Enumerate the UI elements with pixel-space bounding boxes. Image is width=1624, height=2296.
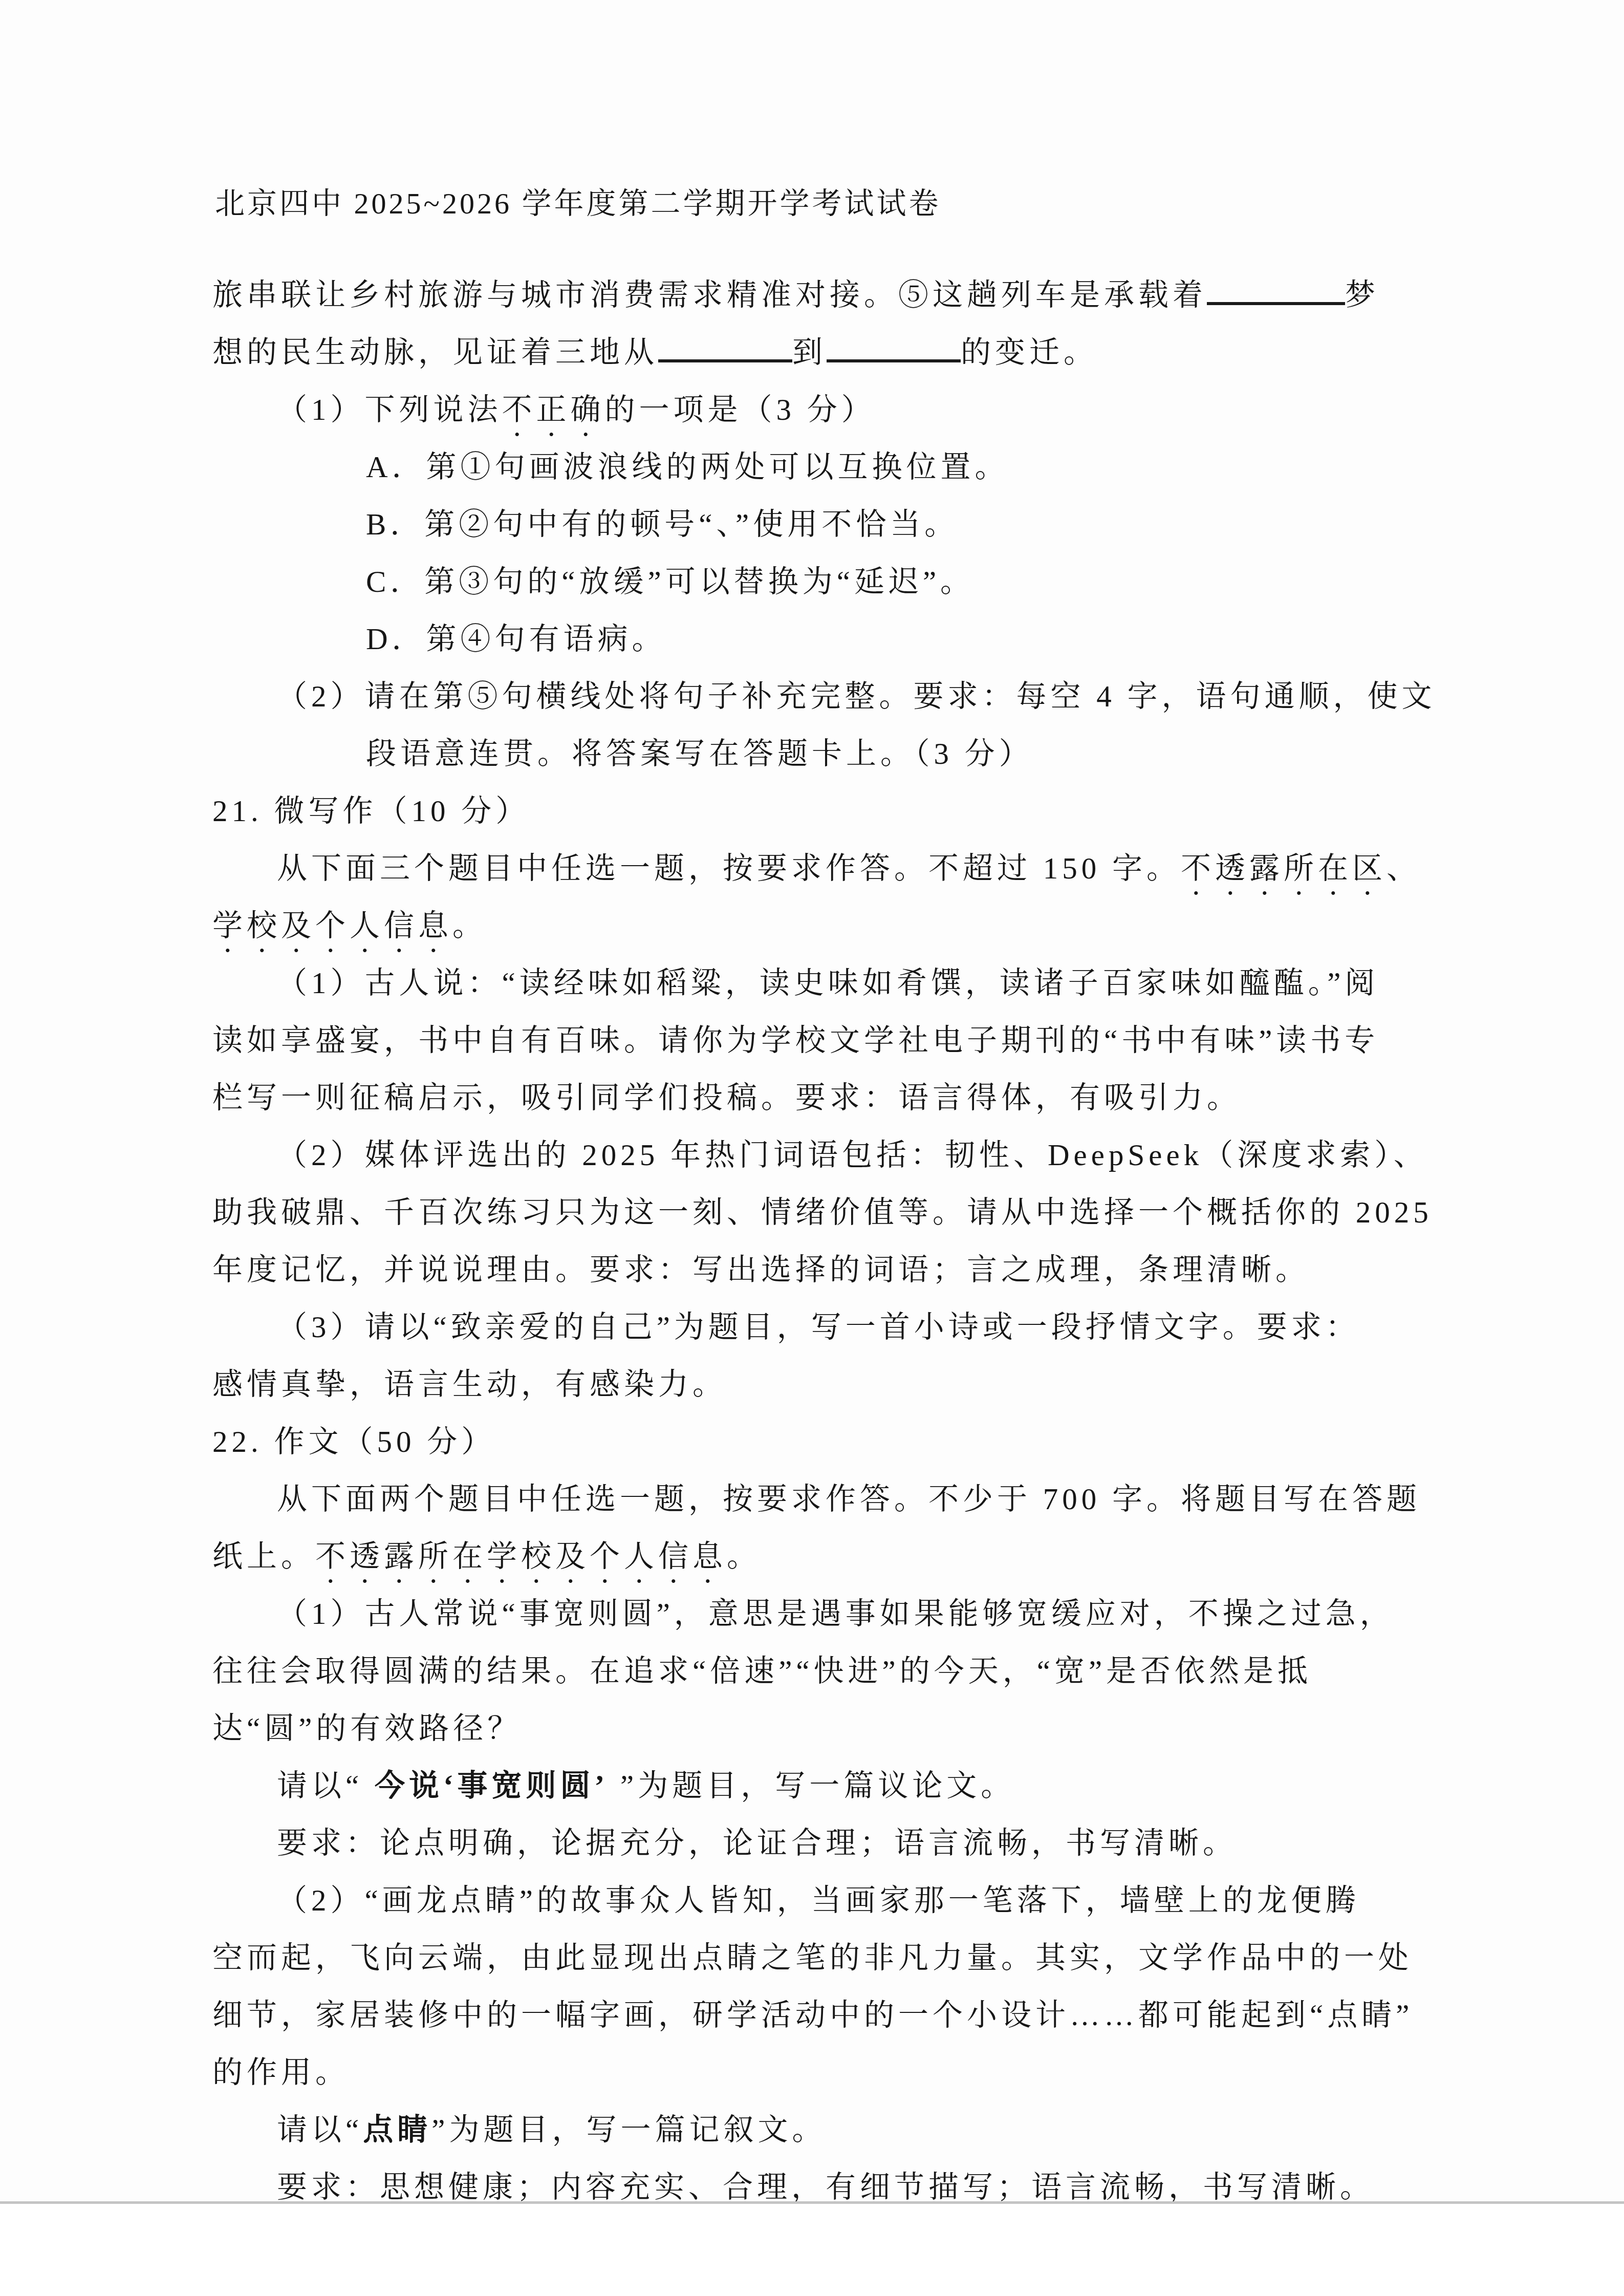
text-run: 细节，家居装修中的一幅字画，研学活动中的一个小设计……都可能起到“点睛” — [212, 1998, 1413, 2032]
text-run: 21. 微写作（10 分） — [212, 794, 530, 828]
text-run: 请以“ — [277, 2113, 363, 2147]
text-run: 请以“ — [277, 1769, 375, 1803]
text-run: ”为题目，写一篇记叙文。 — [431, 2113, 826, 2147]
text-line: （2）请在第⑤句横线处将句子补充完整。要求：每空 4 字，语句通顺，使文 — [212, 668, 1523, 725]
text-run: B．第②句中有的顿号“、”使用不恰当。 — [366, 507, 959, 541]
text-line: A．第①句画波浪线的两处可以互换位置。 — [212, 438, 1523, 496]
fill-in-blank — [1207, 281, 1345, 305]
text-line: B．第②句中有的顿号“、”使用不恰当。 — [212, 496, 1523, 553]
text-line: 达“圆”的有效路径？ — [212, 1700, 1523, 1757]
text-line: 请以“点睛”为题目，写一篇记叙文。 — [212, 2101, 1523, 2158]
text-run: 的一项是（3 分） — [605, 393, 876, 426]
text-line: 往往会取得圆满的结果。在追求“倍速”“快进”的今天，“宽”是否依然是抵 — [212, 1642, 1523, 1700]
text-line: 助我破鼎、千百次练习只为这一刻、情绪价值等。请从中选择一个概括你的 2025 — [212, 1184, 1523, 1241]
text-run: （1）古人常说“事宽则圆”，意思是遇事如果能够宽缓应对，不操之过急， — [277, 1597, 1394, 1630]
text-run: 旅串联让乡村旅游与城市消费需求精准对接。⑤这趟列车是承载着 — [212, 278, 1207, 312]
text-line: 请以“ 今说‘事宽则圆’ ”为题目，写一篇议论文。 — [212, 1757, 1523, 1814]
text-line: 年度记忆，并说说理由。要求：写出选择的词语；言之成理，条理清晰。 — [212, 1241, 1523, 1298]
text-run: 想的民生动脉，见证着三地从 — [212, 335, 658, 369]
text-line: 空而起，飞向云端，由此显现出点睛之笔的非凡力量。其实，文学作品中的一处 — [212, 1929, 1523, 1986]
text-line: 要求：论点明确，论据充分，论证合理；语言流畅，书写清晰。 — [212, 1814, 1523, 1872]
text-line: 旅串联让乡村旅游与城市消费需求精准对接。⑤这趟列车是承载着梦 — [212, 266, 1523, 324]
text-line: 读如享盛宴，书中自有百味。请你为学校文学社电子期刊的“书中有味”读书专 — [212, 1012, 1523, 1069]
text-run: 从下面两个题目中任选一题，按要求作答。不少于 700 字。将题目写在答题 — [277, 1482, 1421, 1516]
fill-in-blank — [658, 338, 792, 362]
text-run: 栏写一则征稿启示，吸引同学们投稿。要求：语言得体，有吸引力。 — [212, 1081, 1241, 1114]
text-line: 段语意连贯。将答案写在答题卡上。（3 分） — [212, 725, 1523, 782]
text-run: （2）“画龙点睛”的故事众人皆知，当画家那一笔落下，墙壁上的龙便腾 — [277, 1883, 1360, 1917]
text-run: D．第④句有语病。 — [366, 622, 666, 656]
text-line: （1）古人常说“事宽则圆”，意思是遇事如果能够宽缓应对，不操之过急， — [212, 1585, 1523, 1642]
text-run: （1）古人说：“读经味如稻粱，读史味如肴馔，读诸子百家味如醯醢。”阅 — [277, 966, 1379, 1000]
text-run: 空而起，飞向云端，由此显现出点睛之笔的非凡力量。其实，文学作品中的一处 — [212, 1941, 1413, 1975]
text-run: 要求：论点明确，论据充分，论证合理；语言流畅，书写清晰。 — [277, 1826, 1237, 1860]
text-line: D．第④句有语病。 — [212, 610, 1523, 668]
text-run: 助我破鼎、千百次练习只为这一刻、情绪价值等。请从中选择一个概括你的 2025 — [212, 1195, 1433, 1229]
text-line: 学校及个人信息。 — [212, 897, 1523, 954]
text-run: 段语意连贯。将答案写在答题卡上。（3 分） — [366, 737, 1033, 770]
text-line: 从下面两个题目中任选一题，按要求作答。不少于 700 字。将题目写在答题 — [212, 1470, 1523, 1528]
text-line: （2）媒体评选出的 2025 年热门词语包括：韧性、DeepSeek（深度求索）… — [212, 1126, 1523, 1184]
text-run: （1）下列说法 — [277, 393, 502, 426]
text-run: 的作用。 — [212, 2055, 350, 2089]
text-line: 的作用。 — [212, 2044, 1523, 2101]
emphasized-text: 不正确 — [502, 393, 605, 426]
fill-in-blank — [827, 338, 961, 362]
text-run: 梦 — [1345, 278, 1379, 312]
text-line: （1）下列说法不正确的一项是（3 分） — [212, 381, 1523, 438]
text-run: （2）请在第⑤句横线处将句子补充完整。要求：每空 4 字，语句通顺，使文 — [277, 679, 1436, 713]
text-run: 读如享盛宴，书中自有百味。请你为学校文学社电子期刊的“书中有味”读书专 — [212, 1023, 1379, 1057]
text-run: 到 — [792, 335, 827, 369]
text-line: （3）请以“致亲爱的自己”为题目，写一首小诗或一段抒情文字。要求： — [212, 1298, 1523, 1356]
text-run: 感情真挚，语言生动，有感染力。 — [212, 1367, 727, 1401]
bold-title-text: 点睛 — [363, 2113, 431, 2147]
content: 旅串联让乡村旅游与城市消费需求精准对接。⑤这趟列车是承载着梦想的民生动脉，见证着… — [212, 266, 1523, 2216]
page-title: 北京四中 2025~2026 学年度第二学期开学考试试卷 — [215, 179, 941, 222]
text-run: 从下面三个题目中任选一题，按要求作答。不超过 150 字。 — [277, 851, 1181, 885]
text-line: 栏写一则征稿启示，吸引同学们投稿。要求：语言得体，有吸引力。 — [212, 1069, 1523, 1126]
text-run: 达“圆”的有效路径？ — [212, 1711, 522, 1745]
text-run: 年度记忆，并说说理由。要求：写出选择的词语；言之成理，条理清晰。 — [212, 1253, 1310, 1286]
text-line: 感情真挚，语言生动，有感染力。 — [212, 1356, 1523, 1413]
text-line: 纸上。不透露所在学校及个人信息。 — [212, 1528, 1523, 1585]
text-line: （2）“画龙点睛”的故事众人皆知，当画家那一笔落下，墙壁上的龙便腾 — [212, 1872, 1523, 1929]
text-line: 22. 作文（50 分） — [212, 1413, 1523, 1470]
text-line: 从下面三个题目中任选一题，按要求作答。不超过 150 字。不透露所在区、 — [212, 840, 1523, 897]
text-line: C．第③句的“放缓”可以替换为“延迟”。 — [212, 553, 1523, 610]
bold-title-text: 今说‘事宽则圆’ — [375, 1769, 609, 1803]
text-run: 22. 作文（50 分） — [212, 1425, 495, 1458]
emphasized-text: 学校及个人信息。 — [212, 909, 487, 942]
emphasized-text: 不透露所在学校及个人信息。 — [315, 1539, 761, 1573]
text-run: （3）请以“致亲爱的自己”为题目，写一首小诗或一段抒情文字。要求： — [277, 1310, 1360, 1344]
text-run: 纸上。 — [212, 1539, 315, 1573]
text-run: ”为题目，写一篇议论文。 — [609, 1769, 1015, 1803]
exam-page: 北京四中 2025~2026 学年度第二学期开学考试试卷 旅串联让乡村旅游与城市… — [0, 0, 1624, 2296]
text-run: C．第③句的“放缓”可以替换为“延迟”。 — [366, 565, 975, 598]
emphasized-text: 不透露所在区、 — [1181, 851, 1421, 885]
text-line: 21. 微写作（10 分） — [212, 782, 1523, 840]
text-line: 想的民生动脉，见证着三地从到的变迁。 — [212, 324, 1523, 381]
text-line: （1）古人说：“读经味如稻粱，读史味如肴馔，读诸子百家味如醯醢。”阅 — [212, 954, 1523, 1012]
scan-bottom-edge — [0, 2201, 1624, 2296]
text-run: A．第①句画波浪线的两处可以互换位置。 — [366, 450, 1009, 484]
text-run: 要求：思想健康；内容充实、合理，有细节描写；语言流畅，书写清晰。 — [277, 2170, 1374, 2204]
text-run: （2）媒体评选出的 2025 年热门词语包括：韧性、DeepSeek（深度求索）… — [277, 1138, 1428, 1172]
text-run: 往往会取得圆满的结果。在追求“倍速”“快进”的今天，“宽”是否依然是抵 — [212, 1654, 1312, 1688]
text-run: 的变迁。 — [961, 335, 1098, 369]
text-line: 细节，家居装修中的一幅字画，研学活动中的一个小设计……都可能起到“点睛” — [212, 1986, 1523, 2044]
